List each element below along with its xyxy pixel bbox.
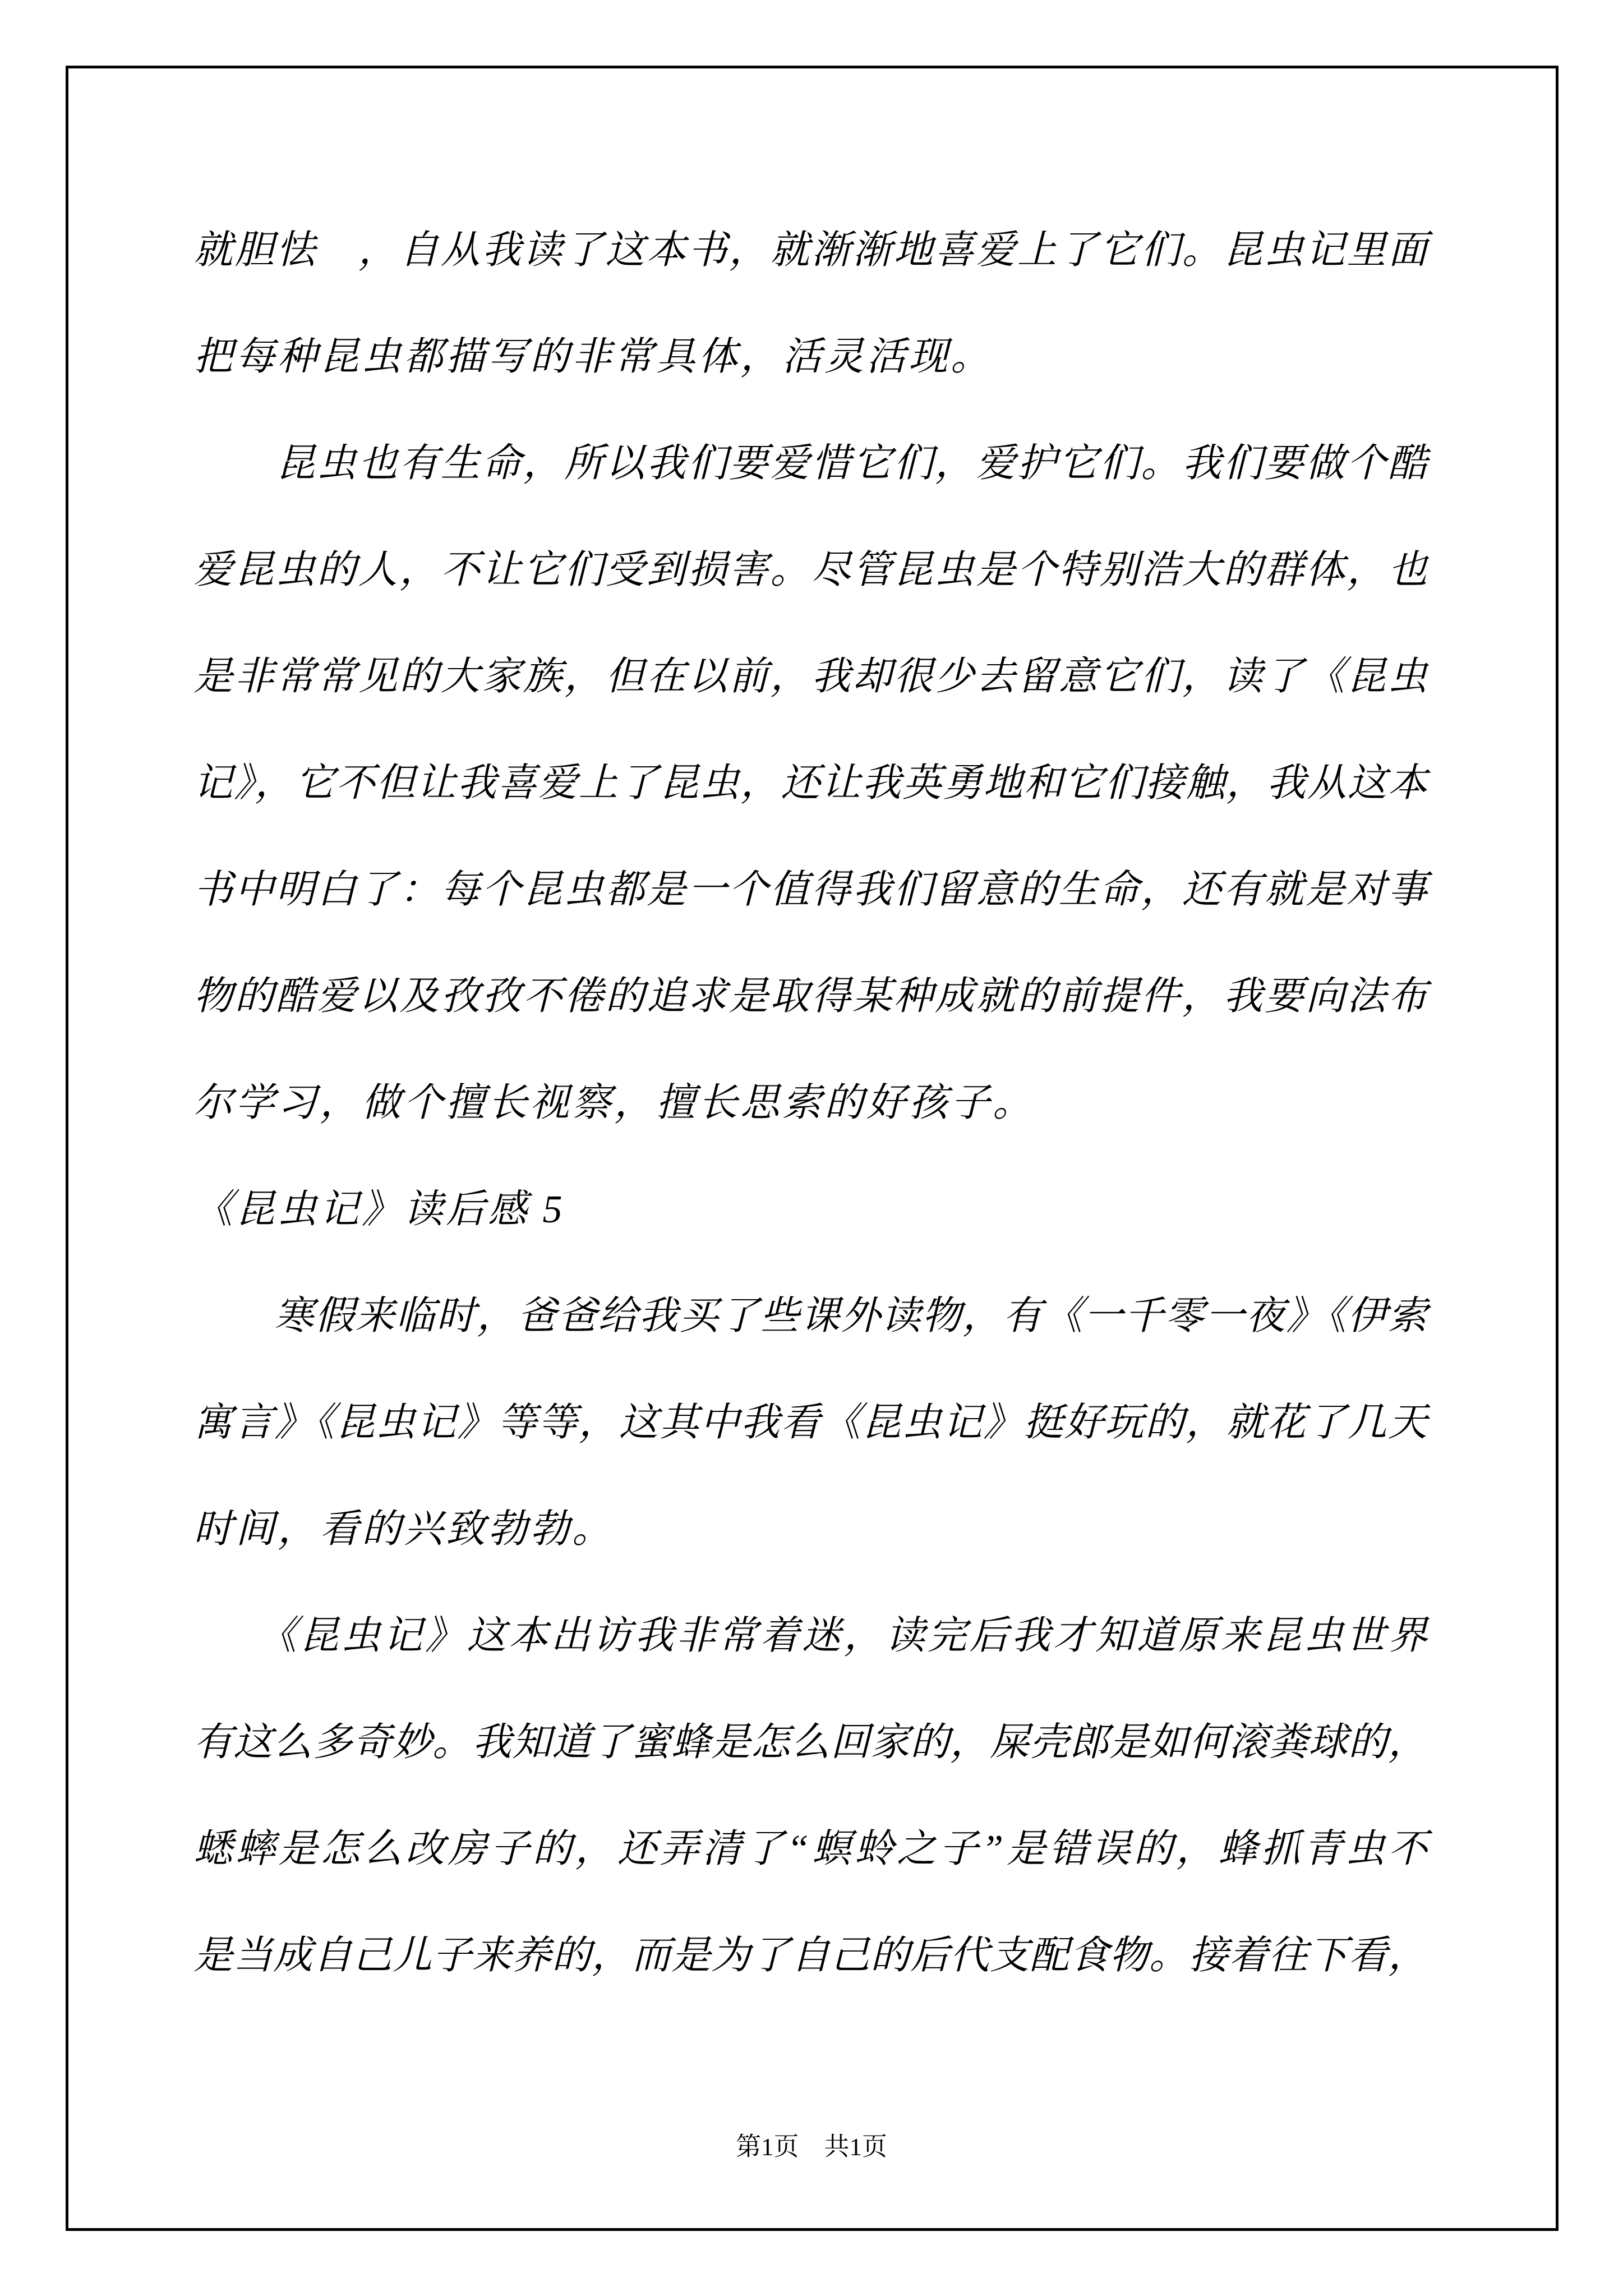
text-line: 寒假来临时，爸爸给我买了些课外读物，有《一千零一夜》《伊索 (193, 1263, 1427, 1370)
text-line: 时间，看的兴致勃勃。 (193, 1476, 1427, 1583)
text-line: 是非常常见的大家族，但在以前，我却很少去留意它们，读了《昆虫 (193, 624, 1427, 730)
page: { "doc": { "lines": [ { "text": "就胆怯 ，自从… (0, 0, 1623, 2296)
text-line: 寓言》《昆虫记》等等，这其中我看《昆虫记》挺好玩的，就花了几天 (193, 1370, 1427, 1476)
text-line: 有这么多奇妙。我知道了蜜蜂是怎么回家的，屎壳郎是如何滚粪球的， (193, 1690, 1427, 1796)
page-footer: 第1页 共1页 (0, 2126, 1623, 2162)
document-body: 就胆怯 ，自从我读了这本书，就渐渐地喜爱上了它们。昆虫记里面把每种昆虫都描写的非… (193, 197, 1427, 2009)
text-line: 尔学习，做个擅长视察，擅长思索的好孩子。 (193, 1050, 1427, 1157)
text-line: 爱昆虫的人，不让它们受到损害。尽管昆虫是个特别浩大的群体，也 (193, 517, 1427, 624)
text-line: 书中明白了：每个昆虫都是一个值得我们留意的生命，还有就是对事 (193, 837, 1427, 944)
text-line: 是当成自己儿子来养的，而是为了自己的后代支配食物。接着往下看， (193, 1903, 1427, 2009)
text-line: 《昆虫记》读后感 5 (193, 1157, 1427, 1263)
text-line: 昆虫也有生命，所以我们要爱惜它们，爱护它们。我们要做个酷 (193, 411, 1427, 517)
text-line: 就胆怯 ，自从我读了这本书，就渐渐地喜爱上了它们。昆虫记里面 (193, 197, 1427, 304)
text-line: 物的酷爱以及孜孜不倦的追求是取得某种成就的前提件，我要向法布 (193, 944, 1427, 1050)
text-line: 记》，它不但让我喜爱上了昆虫，还让我英勇地和它们接触，我从这本 (193, 730, 1427, 837)
text-line: 把每种昆虫都描写的非常具体，活灵活现。 (193, 304, 1427, 411)
text-line: 蟋蟀是怎么改房子的，还弄清了“螟蛉之子”是错误的，蜂抓青虫不 (193, 1796, 1427, 1903)
text-line: 《昆虫记》这本出访我非常着迷，读完后我才知道原来昆虫世界 (193, 1583, 1427, 1690)
